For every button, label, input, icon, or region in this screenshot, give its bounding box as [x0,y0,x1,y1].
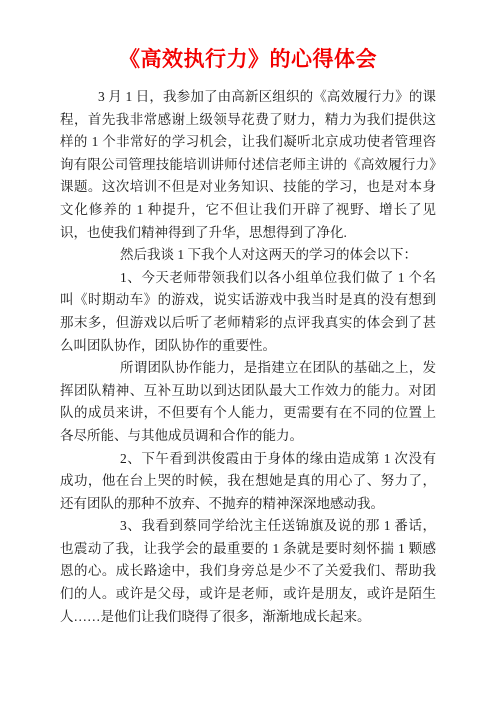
paragraph-point-3: 3、我看到蔡同学给沈主任送锦旗及说的那 1 番话，也震动了我，让我学会的最重要的… [60,515,436,628]
paragraph-point-1: 1、今天老师带领我们以各小组单位我们做了 1 个名叫《时期动车》的游戏，说实话游… [60,267,436,357]
paragraph-lead-in: 然后我谈 1 下我个人对这两天的学习的体会以下： [60,244,436,267]
document-title: 《高效执行力》的心得体会 [60,46,436,72]
paragraph-teamwork: 所谓团队协作能力，是指建立在团队的基础之上，发挥团队精神、互补互助以到达团队最大… [60,357,436,447]
paragraph-point-2: 2、下午看到洪俊霞由于身体的缘由造成第 1 次没有成功，他在台上哭的时候，我在想… [60,448,436,516]
paragraph-intro: 3 月 1 日，我参加了由高新区组织的《高效履行力》的课程，首先我非常感谢上级领… [60,86,436,244]
document-page: 《高效执行力》的心得体会 3 月 1 日，我参加了由高新区组织的《高效履行力》的… [0,0,496,702]
